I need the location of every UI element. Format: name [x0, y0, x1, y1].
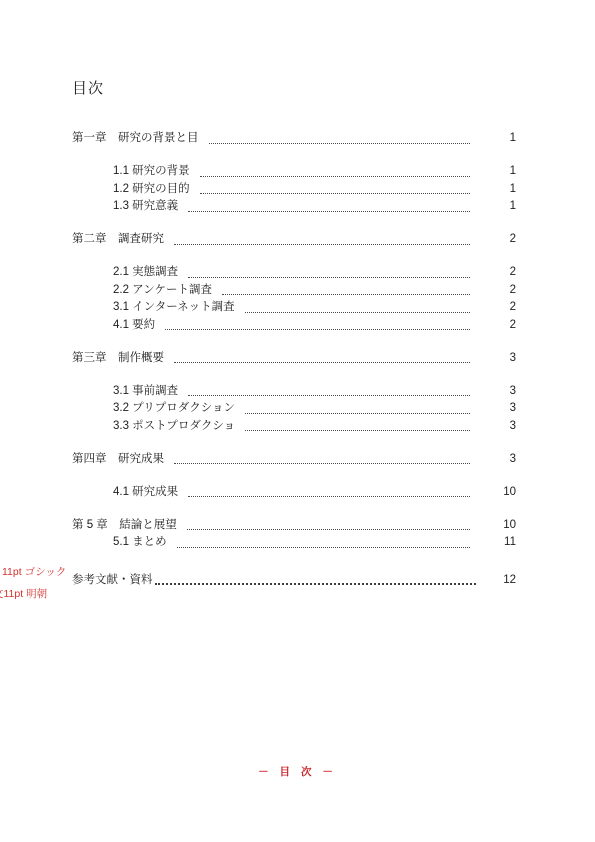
toc-entry-page: 2 [490, 264, 516, 282]
toc-entry-label: 4.1 研究成果 [113, 484, 178, 502]
toc-row: 4.1 研究成果 10 [0, 484, 595, 502]
toc-entry-label: 第二章 調査研究 [72, 231, 164, 249]
toc-entry-label: 3.1 インターネット調査 [113, 299, 235, 317]
toc-entry-label: 3.2 プリプロダクション [113, 400, 235, 418]
toc-row: 第四章 研究成果 3 [0, 451, 595, 469]
toc-entry-label: 1.3 研究意義 [113, 198, 178, 216]
dot-leader [200, 189, 470, 194]
dot-leader [245, 308, 470, 313]
dot-leader [165, 325, 470, 330]
toc-entry-label: 5.1 まとめ [113, 534, 167, 552]
toc-entry-page: 3 [490, 418, 516, 436]
toc-row: 参考文献・資料 12 [0, 572, 595, 590]
toc-row: 第 5 章 結論と展望 10 [0, 517, 595, 535]
toc-entry-page: 10 [490, 484, 516, 502]
toc-entry-page: 3 [490, 400, 516, 418]
toc-row: 2.1 実態調査 2 [0, 264, 595, 282]
toc-entry-page: 2 [490, 317, 516, 335]
page-title: 目次 [72, 77, 104, 98]
toc-row: 1.3 研究意義 1 [0, 198, 595, 216]
toc-entry-page: 3 [490, 350, 516, 368]
toc-entry-page: 1 [490, 181, 516, 199]
toc-row: 5.1 まとめ 11 [0, 534, 595, 552]
toc-entry-label: 4.1 要約 [113, 317, 155, 335]
dot-leader [209, 139, 471, 144]
toc-entry-page: 2 [490, 299, 516, 317]
toc-row: 3.1 事前調査 3 [0, 383, 595, 401]
dot-leader [187, 525, 470, 530]
dot-leader [245, 426, 470, 431]
footer-label: － 目 次 － [0, 764, 595, 779]
dot-leader [174, 459, 470, 464]
toc-entry-label: 1.1 研究の背景 [113, 163, 190, 181]
toc-row: 3.1 インターネット調査 2 [0, 299, 595, 317]
toc-row: 2.2 アンケート調査 2 [0, 282, 595, 300]
dot-leader [174, 240, 470, 245]
toc-entry-page: 1 [490, 163, 516, 181]
dot-leader [200, 172, 470, 177]
dot-leader [188, 207, 470, 212]
toc-row: 3.3 ポストプロダクショ 3 [0, 418, 595, 436]
toc-entry-label: 3.3 ポストプロダクショ [113, 418, 235, 436]
dot-leader [188, 391, 470, 396]
dot-leader [188, 273, 470, 278]
toc-entry-page: 1 [490, 130, 516, 148]
dot-leader [174, 358, 470, 363]
toc-row: 第三章 制作概要 3 [0, 350, 595, 368]
annotation-heading-font-note: 11pt ゴシック [2, 564, 66, 579]
dot-leader [155, 580, 477, 585]
toc-entry-label: 2.1 実態調査 [113, 264, 178, 282]
toc-entry-label: 2.2 アンケート調査 [113, 282, 212, 300]
toc-entry-page: 10 [490, 517, 516, 535]
toc-row: 第二章 調査研究 2 [0, 231, 595, 249]
toc-row: 第一章 研究の背景と目 1 [0, 130, 595, 148]
toc-entry-label: 第 5 章 結論と展望 [72, 517, 177, 535]
toc-entry-label: 第一章 研究の背景と目 [72, 130, 199, 148]
toc-list: 第一章 研究の背景と目 1 1.1 研究の背景 1 1.2 研究の目的 1 1.… [0, 130, 595, 589]
dot-leader [245, 409, 470, 414]
toc-entry-page: 11 [490, 534, 516, 552]
toc-entry-label: 参考文献・資料 [72, 572, 153, 590]
toc-row: 4.1 要約 2 [0, 317, 595, 335]
document-page: 目次 第一章 研究の背景と目 1 1.1 研究の背景 1 1.2 研究の目的 1… [0, 0, 595, 842]
annotation-body-font-note: 文11pt 明朝 [0, 586, 47, 601]
dot-leader [188, 492, 470, 497]
toc-entry-label: 1.2 研究の目的 [113, 181, 190, 199]
toc-row: 1.2 研究の目的 1 [0, 181, 595, 199]
dot-leader [177, 543, 470, 548]
toc-entry-page: 3 [490, 451, 516, 469]
toc-entry-label: 3.1 事前調査 [113, 383, 178, 401]
toc-entry-page: 1 [490, 198, 516, 216]
toc-entry-page: 12 [490, 572, 516, 590]
toc-entry-label: 第四章 研究成果 [72, 451, 164, 469]
toc-entry-page: 3 [490, 383, 516, 401]
toc-entry-label: 第三章 制作概要 [72, 350, 164, 368]
toc-entry-page: 2 [490, 282, 516, 300]
toc-entry-page: 2 [490, 231, 516, 249]
toc-row: 3.2 プリプロダクション 3 [0, 400, 595, 418]
toc-row: 1.1 研究の背景 1 [0, 163, 595, 181]
dot-leader [222, 290, 470, 295]
